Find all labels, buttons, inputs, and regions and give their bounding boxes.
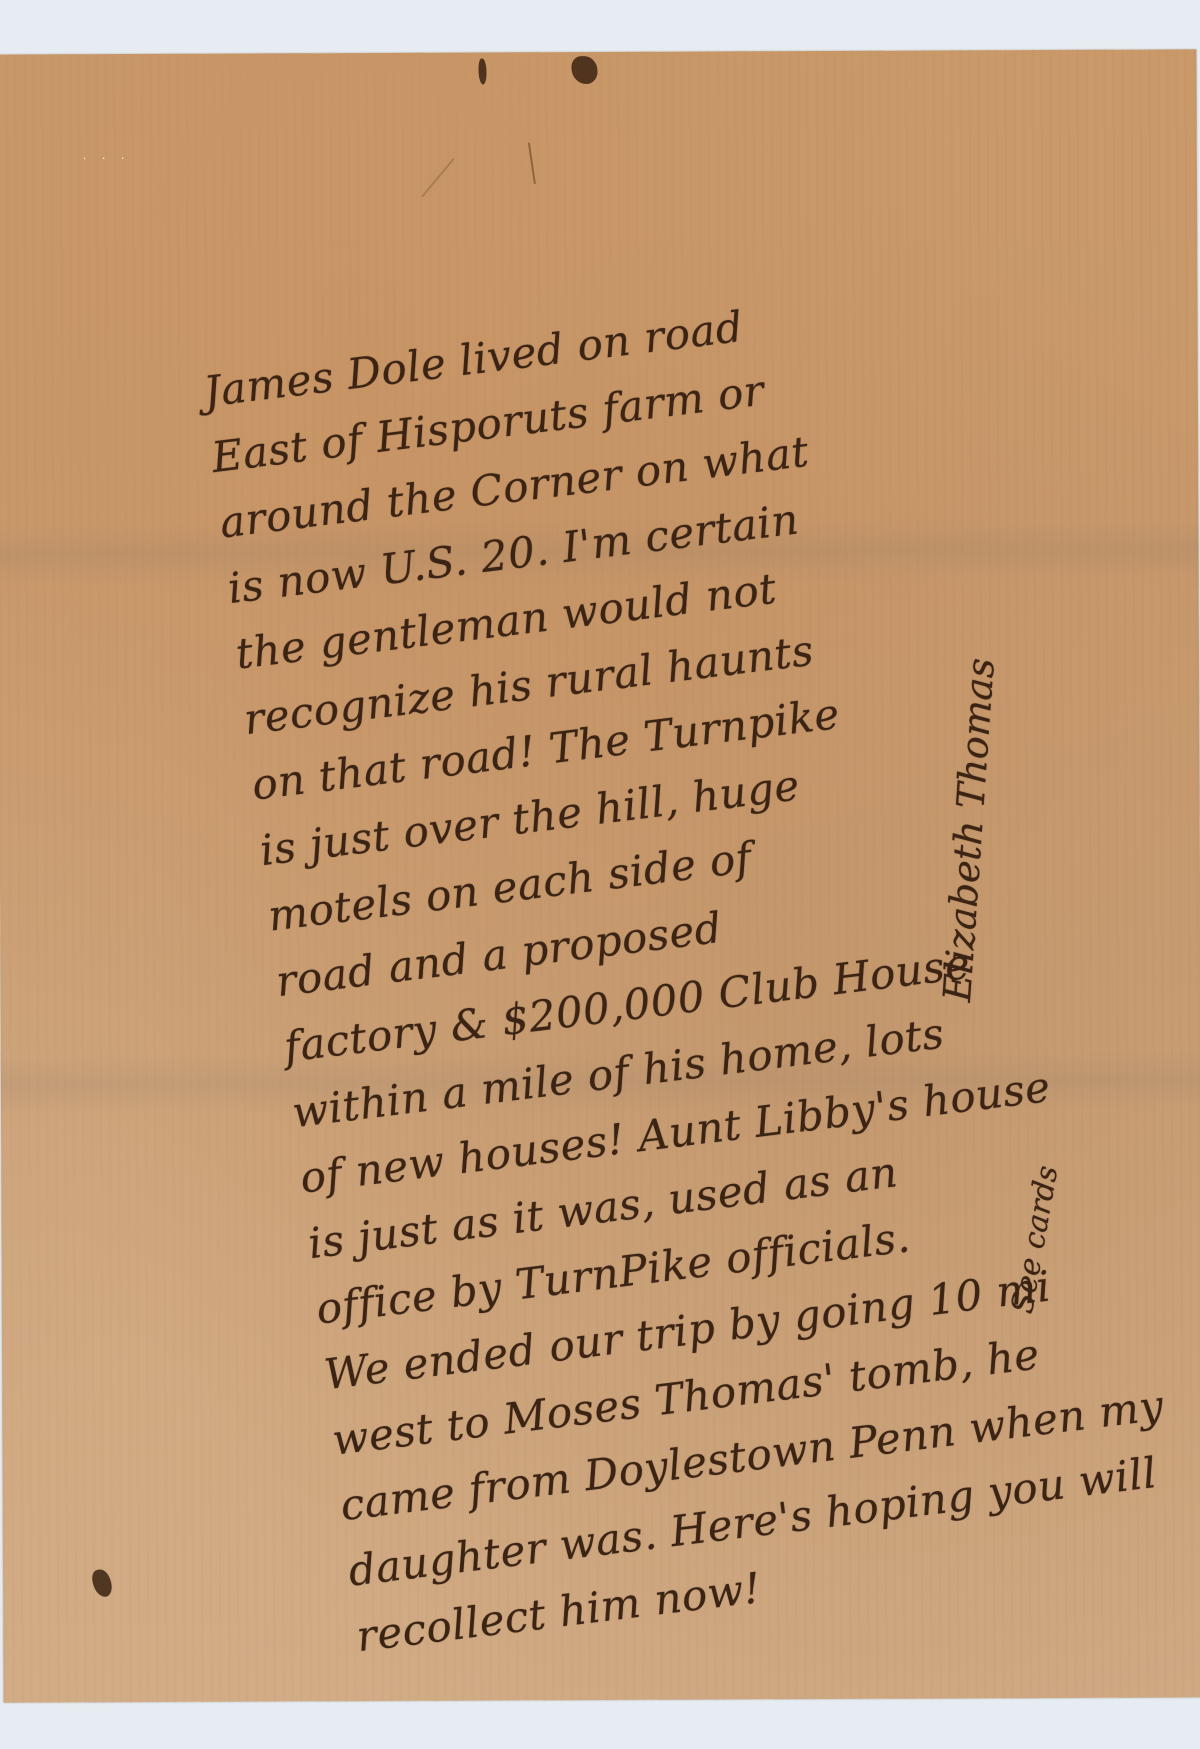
pinhole-marks: · · · — [83, 152, 131, 165]
paper-crease — [421, 158, 455, 198]
ink-stain — [90, 1568, 114, 1599]
ink-stain — [571, 56, 597, 84]
ink-stain — [478, 58, 486, 84]
paper-crease — [528, 142, 536, 184]
